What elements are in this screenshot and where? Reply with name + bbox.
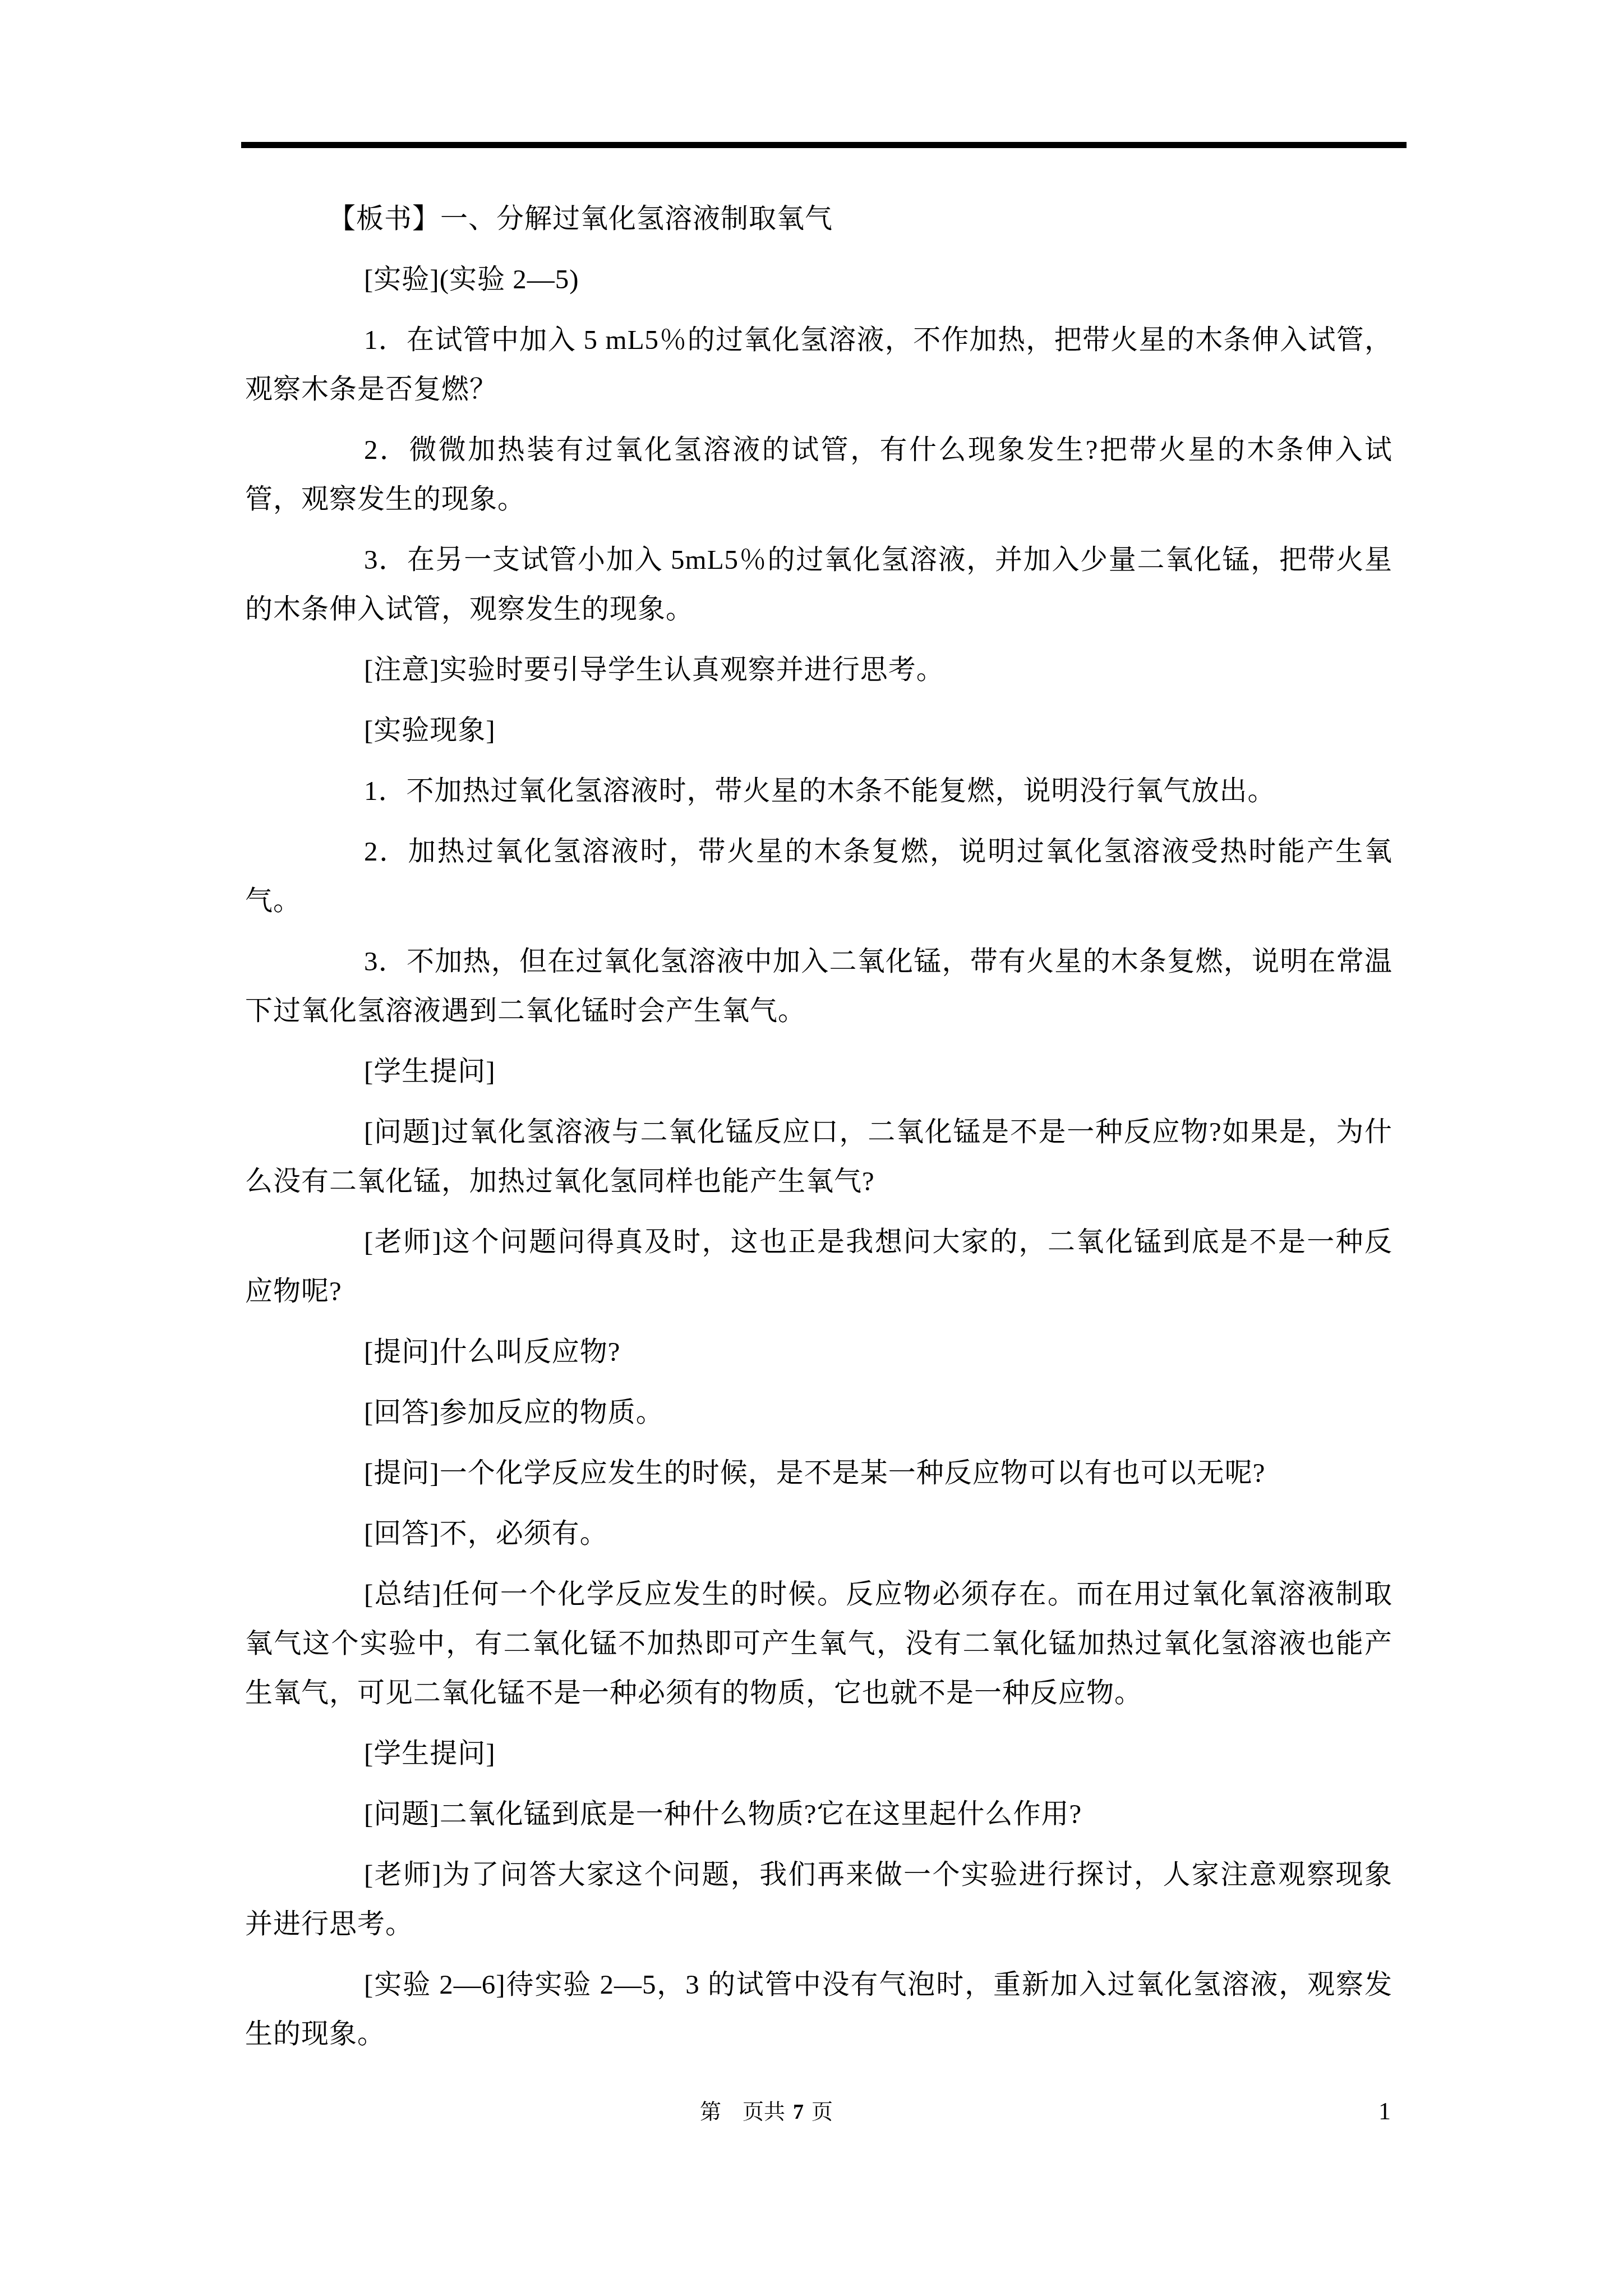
paragraph: 1．不加热过氧化氢溶液时，带火星的木条不能复燃，说明没行氧气放出。 <box>245 766 1393 816</box>
paragraph: 3．不加热，但在过氧化氢溶液中加入二氧化锰，带有火星的木条复燃，说明在常温下过氧… <box>245 937 1393 1036</box>
document-page: 【板书】一、分解过氧化氢溶液制取氧气[实验](实验 2—5)1．在试管中加入 5… <box>0 0 1623 2296</box>
paragraph: [学生提问] <box>245 1047 1393 1096</box>
paragraph: 1．在试管中加入 5 mL5％的过氧化氢溶液，不作加热，把带火星的木条伸入试管，… <box>245 315 1393 414</box>
paragraph: 2．微微加热装有过氧化氢溶液的试管，有什么现象发生?把带火星的木条伸入试管，观察… <box>245 425 1393 524</box>
paragraph: [实验现象] <box>245 706 1393 755</box>
document-body: 【板书】一、分解过氧化氢溶液制取氧气[实验](实验 2—5)1．在试管中加入 5… <box>245 194 1393 2070</box>
paragraph: [回答]不，必须有。 <box>245 1509 1393 1558</box>
paragraph: [回答]参加反应的物质。 <box>245 1388 1393 1437</box>
paragraph: [提问]一个化学反应发生的时候，是不是某一种反应物可以有也可以无呢? <box>245 1448 1393 1498</box>
paragraph: [问题]过氧化氢溶液与二氧化锰反应口，二氧化锰是不是一种反应物?如果是，为什么没… <box>245 1107 1393 1206</box>
footer-page-label-prefix: 第 页共 <box>700 2100 785 2124</box>
page-number-badge: 1 <box>1378 2096 1391 2127</box>
paragraph: [老师]这个问题问得真及时，这也正是我想问大家的，二氧化锰到底是不是一种反应物呢… <box>245 1217 1393 1316</box>
paragraph: [总结]任何一个化学反应发生的时候。反应物必须存在。而在用过氧化氧溶液制取氧气这… <box>245 1570 1393 1718</box>
paragraph: 3．在另一支试管小加入 5mL5％的过氧化氢溶液，并加入少量二氧化锰，把带火星的… <box>245 535 1393 634</box>
paragraph: [注意]实验时要引导学生认真观察并进行思考。 <box>245 645 1393 694</box>
paragraph: [老师]为了问答大家这个问题，我们再来做一个实验进行探讨，人家注意观察现象并进行… <box>245 1850 1393 1949</box>
paragraph: 【板书】一、分解过氧化氢溶液制取氧气 <box>245 194 1393 243</box>
paragraph: [实验 2—6]待实验 2—5，3 的试管中没有气泡时，重新加入过氧化氢溶液，观… <box>245 1960 1393 2059</box>
paragraph: [实验](实验 2—5) <box>245 255 1393 304</box>
page-footer: 第 页共7页 <box>700 2098 833 2126</box>
header-rule <box>241 142 1407 148</box>
footer-page-label-suffix: 页 <box>811 2100 833 2124</box>
paragraph: [提问]什么叫反应物? <box>245 1327 1393 1377</box>
paragraph: 2．加热过氧化氢溶液时，带火星的木条复燃，说明过氧化氢溶液受热时能产生氧气。 <box>245 827 1393 926</box>
paragraph: [问题]二氧化锰到底是一种什么物质?它在这里起什么作用? <box>245 1789 1393 1839</box>
footer-total-pages: 7 <box>793 2100 804 2124</box>
paragraph: [学生提问] <box>245 1729 1393 1778</box>
